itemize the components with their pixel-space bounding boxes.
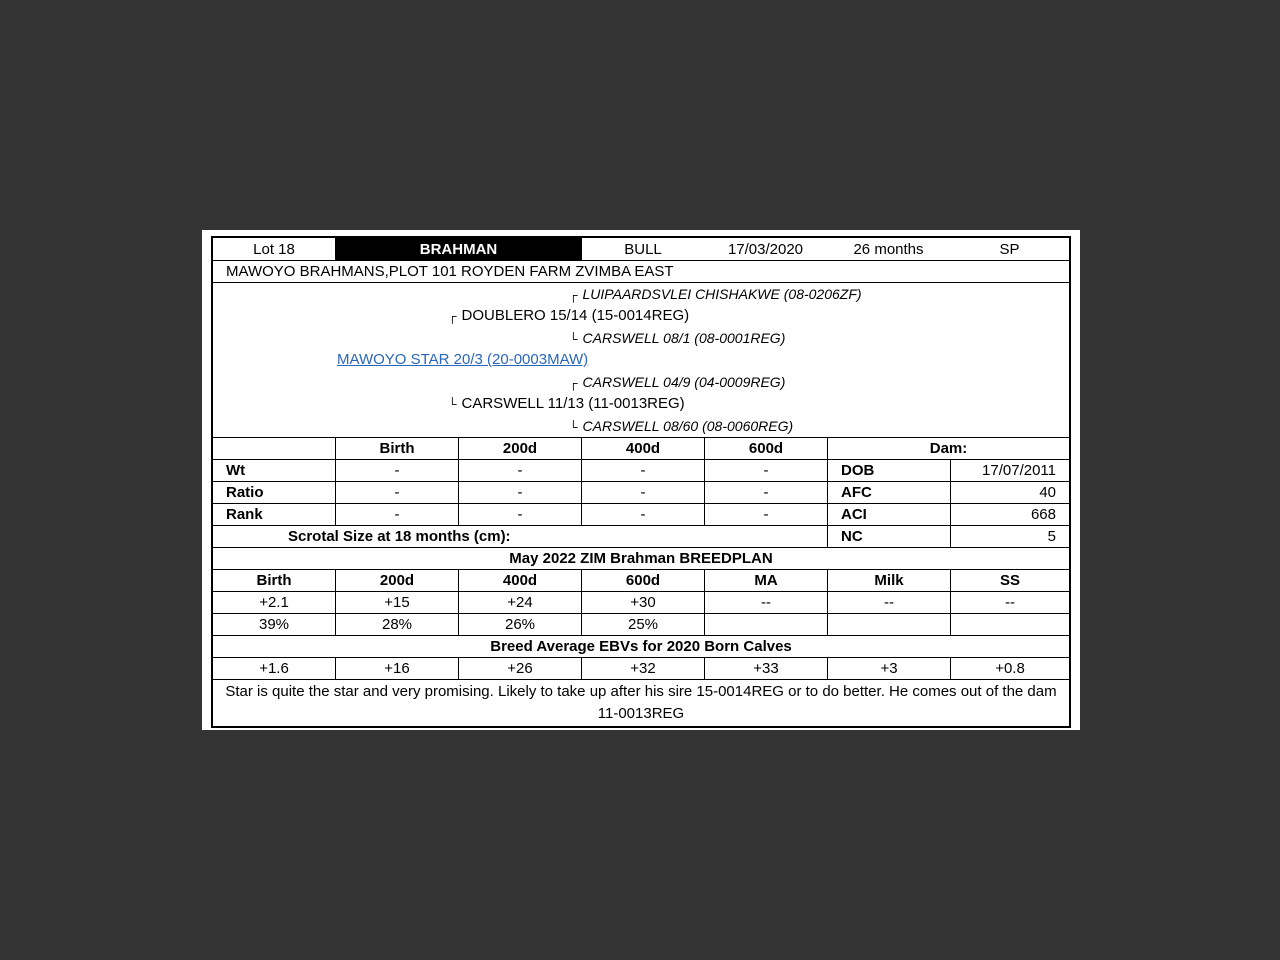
scrotal-label: Scrotal Size at 18 months (cm):	[213, 526, 827, 547]
row-label: Wt	[213, 460, 335, 481]
breedplan-col-header: Birth	[213, 570, 335, 591]
scrotal-row: Scrotal Size at 18 months (cm): NC 5	[213, 525, 1069, 547]
ebv-cell: +30	[581, 592, 704, 613]
accuracy-cell: 39%	[213, 614, 335, 635]
table-cell: -	[704, 460, 827, 481]
table-cell: -	[458, 504, 581, 525]
table-cell: -	[335, 482, 458, 503]
table-cell: -	[581, 460, 704, 481]
breed-average-row: +1.6 +16 +26 +32 +33 +3 +0.8	[213, 657, 1069, 679]
accuracy-cell: 28%	[335, 614, 458, 635]
dam-label: AFC	[827, 482, 950, 503]
pedigree-dam-dam: └CARSWELL 08/60 (08-0060REG)	[569, 416, 793, 437]
breedplan-col-header: MA	[704, 570, 827, 591]
breed-average-cell: +0.8	[950, 658, 1069, 679]
comment-row: Star is quite the star and very promisin…	[213, 679, 1069, 726]
accuracy-cell	[950, 614, 1069, 635]
table-cell: -	[581, 504, 704, 525]
ebv-cell: +24	[458, 592, 581, 613]
breed-average-cell: +16	[335, 658, 458, 679]
code: SP	[950, 238, 1069, 260]
row-label: Rank	[213, 504, 335, 525]
pedigree-section: ┌LUIPAARDSVLEI CHISHAKWE (08-0206ZF) ┌DO…	[213, 282, 1069, 437]
date-of-birth: 17/03/2020	[704, 238, 827, 260]
sex-label: BULL	[581, 238, 704, 260]
table-cell: -	[704, 482, 827, 503]
breedplan-title: May 2022 ZIM Brahman BREEDPLAN	[213, 548, 1069, 569]
pedigree-sire: ┌DOUBLERO 15/14 (15-0014REG)	[448, 306, 689, 326]
breedplan-col-header: 200d	[335, 570, 458, 591]
accuracy-cell	[827, 614, 950, 635]
breeder-row: MAWOYO BRAHMANS,PLOT 101 ROYDEN FARM ZVI…	[213, 260, 1069, 282]
accuracy-cell	[704, 614, 827, 635]
dam-value: 17/07/2011	[950, 460, 1069, 481]
row-label: Ratio	[213, 482, 335, 503]
breedplan-title-row: May 2022 ZIM Brahman BREEDPLAN	[213, 547, 1069, 569]
pedigree-tree: ┌LUIPAARDSVLEI CHISHAKWE (08-0206ZF) ┌DO…	[213, 283, 1069, 437]
breed-average-cell: +3	[827, 658, 950, 679]
performance-col-header: 600d	[704, 438, 827, 459]
performance-col-header: 200d	[458, 438, 581, 459]
breedplan-col-header: 400d	[458, 570, 581, 591]
breedplan-col-header: 600d	[581, 570, 704, 591]
breed-average-cell: +1.6	[213, 658, 335, 679]
accuracy-row: 39% 28% 26% 25%	[213, 613, 1069, 635]
comment-text: Star is quite the star and very promisin…	[213, 680, 1069, 726]
breedplan-header-row: Birth 200d 400d 600d MA Milk SS	[213, 569, 1069, 591]
breed-average-title: Breed Average EBVs for 2020 Born Calves	[213, 636, 1069, 657]
dam-title: Dam:	[827, 438, 1069, 459]
ebv-row: +2.1 +15 +24 +30 -- -- --	[213, 591, 1069, 613]
performance-row: Wt - - - - DOB 17/07/2011	[213, 459, 1069, 481]
ebv-cell: +2.1	[213, 592, 335, 613]
dam-value: 40	[950, 482, 1069, 503]
table-cell: -	[704, 504, 827, 525]
performance-row: Rank - - - - ACI 668	[213, 503, 1069, 525]
table-cell: -	[335, 460, 458, 481]
breed-average-cell: +26	[458, 658, 581, 679]
dam-value: 668	[950, 504, 1069, 525]
pedigree-dam: └CARSWELL 11/13 (11-0013REG)	[448, 394, 685, 414]
age: 26 months	[827, 238, 950, 260]
ebv-cell: --	[950, 592, 1069, 613]
table-cell: -	[335, 504, 458, 525]
animal-name-link[interactable]: MAWOYO STAR 20/3 (20-0003MAW)	[337, 350, 588, 370]
lot-card: Lot 18 BRAHMAN BULL 17/03/2020 26 months…	[202, 230, 1080, 730]
pedigree-sire-dam: └CARSWELL 08/1 (08-0001REG)	[569, 328, 785, 349]
performance-row: Ratio - - - - AFC 40	[213, 481, 1069, 503]
dam-label: NC	[827, 526, 950, 547]
dam-value: 5	[950, 526, 1069, 547]
breed-average-cell: +33	[704, 658, 827, 679]
header-row: Lot 18 BRAHMAN BULL 17/03/2020 26 months…	[213, 238, 1069, 260]
ebv-cell: --	[704, 592, 827, 613]
dam-label: DOB	[827, 460, 950, 481]
table-cell: -	[581, 482, 704, 503]
performance-col-header	[213, 438, 335, 459]
pedigree-sire-sire: ┌LUIPAARDSVLEI CHISHAKWE (08-0206ZF)	[569, 284, 862, 305]
breed-average-title-row: Breed Average EBVs for 2020 Born Calves	[213, 635, 1069, 657]
performance-col-header: Birth	[335, 438, 458, 459]
performance-col-header: 400d	[581, 438, 704, 459]
lot-number: Lot 18	[213, 238, 335, 260]
accuracy-cell: 25%	[581, 614, 704, 635]
breed-label: BRAHMAN	[335, 238, 581, 260]
ebv-cell: --	[827, 592, 950, 613]
lot-table: Lot 18 BRAHMAN BULL 17/03/2020 26 months…	[211, 236, 1071, 728]
breedplan-col-header: Milk	[827, 570, 950, 591]
table-cell: -	[458, 460, 581, 481]
accuracy-cell: 26%	[458, 614, 581, 635]
table-cell: -	[458, 482, 581, 503]
ebv-cell: +15	[335, 592, 458, 613]
dam-label: ACI	[827, 504, 950, 525]
performance-header-row: Birth 200d 400d 600d Dam:	[213, 437, 1069, 459]
breedplan-col-header: SS	[950, 570, 1069, 591]
pedigree-dam-sire: ┌CARSWELL 04/9 (04-0009REG)	[569, 372, 785, 393]
breeder-address: MAWOYO BRAHMANS,PLOT 101 ROYDEN FARM ZVI…	[213, 261, 1069, 282]
breed-average-cell: +32	[581, 658, 704, 679]
